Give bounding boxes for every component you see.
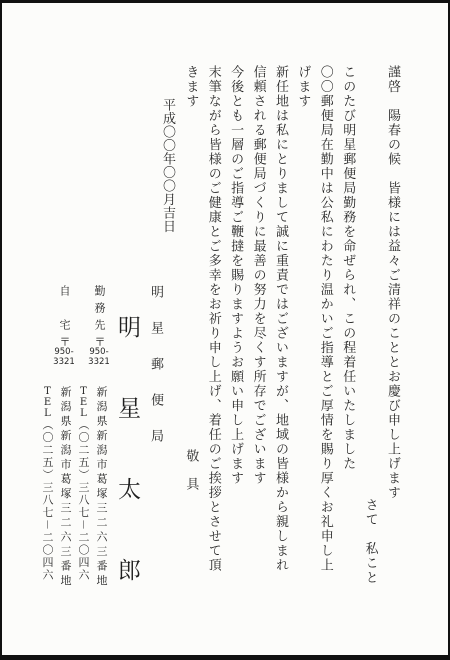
letter-line: このたび明星郵便局勤務を命ぜられ、この程着任いたしました bbox=[336, 65, 358, 590]
home-tel-number: （〇二五）三八七－二〇四六 bbox=[41, 419, 54, 582]
letter-line-last: きます敬具 bbox=[179, 65, 201, 590]
home-postal-code: 950- 3321 bbox=[52, 347, 76, 367]
work-postal-line1: 950- bbox=[87, 347, 111, 357]
home-contact-header: 自 宅〒 bbox=[52, 285, 76, 347]
letter-date: 平成〇〇年〇〇月吉日 bbox=[159, 98, 175, 233]
work-contact-header: 勤務先〒 bbox=[87, 285, 111, 347]
home-tel-label: TEL bbox=[42, 386, 53, 419]
letter-line-greeting: 謹啓 陽春の候 皆様には益々ご清祥のこととお慶び申し上げます bbox=[381, 65, 403, 590]
home-tel: TEL（〇二五）三八七－二〇四六 bbox=[38, 386, 56, 616]
letter-body: 謹啓 陽春の候 皆様には益々ご清祥のこととお慶び申し上げます さて 私こと この… bbox=[179, 65, 403, 590]
closing-word: 敬具 bbox=[183, 109, 198, 505]
work-tel: TEL（〇二五）三八七－二〇四六 bbox=[74, 386, 92, 616]
postal-mark-icon: 〒 bbox=[93, 336, 106, 347]
contact-details: 新潟県新潟市葛塚三二六三番地 TEL（〇二五）三八七－二〇四六 新潟県新潟市葛塚… bbox=[38, 386, 110, 616]
letter-line: 今後とも一層のご指導ご鞭撻を賜りますようお願い申し上げます bbox=[224, 65, 246, 590]
home-label: 自 宅 bbox=[58, 285, 71, 336]
sender-organization: 明星郵便局 bbox=[146, 285, 164, 465]
home-postal-line2: 3321 bbox=[52, 357, 76, 367]
postal-mark-icon: 〒 bbox=[58, 336, 71, 347]
letter-line: 新任地は私にとりまして誠に重責ではございますが、地域の皆様から親しまれ bbox=[269, 65, 291, 590]
home-address: 新潟県新潟市葛塚三二六三番地 bbox=[56, 386, 74, 616]
letter-line: 信頼される郵便局づくりに最善の努力を尽くす所存でございます bbox=[246, 65, 268, 590]
work-postal-code: 950- 3321 bbox=[87, 347, 111, 367]
work-postal-line2: 3321 bbox=[87, 357, 111, 367]
home-postal-line1: 950- bbox=[52, 347, 76, 357]
work-address: 新潟県新潟市葛塚三二六三番地 bbox=[92, 386, 110, 616]
work-label: 勤務先 bbox=[93, 285, 106, 336]
letter-line: 〇〇郵便局在勤中は公私にわたり温かいご指導とご厚情を賜り厚くお礼申し上 bbox=[313, 65, 335, 590]
letter-line: げます bbox=[291, 65, 313, 590]
letter-page: 謹啓 陽春の候 皆様には益々ご清祥のこととお慶び申し上げます さて 私こと この… bbox=[0, 0, 450, 660]
work-tel-label: TEL bbox=[78, 386, 89, 419]
letter-line: 末筆ながら皆様のご健康とご多幸をお祈り申し上げ、着任のご挨拶とさせて頂 bbox=[201, 65, 223, 590]
letter-line-transition: さて 私こと bbox=[358, 65, 380, 590]
work-tel-number: （〇二五）三八七－二〇四六 bbox=[77, 419, 90, 582]
letter-line-text: きます bbox=[183, 65, 198, 109]
sender-name: 明星太郎 bbox=[112, 315, 142, 639]
